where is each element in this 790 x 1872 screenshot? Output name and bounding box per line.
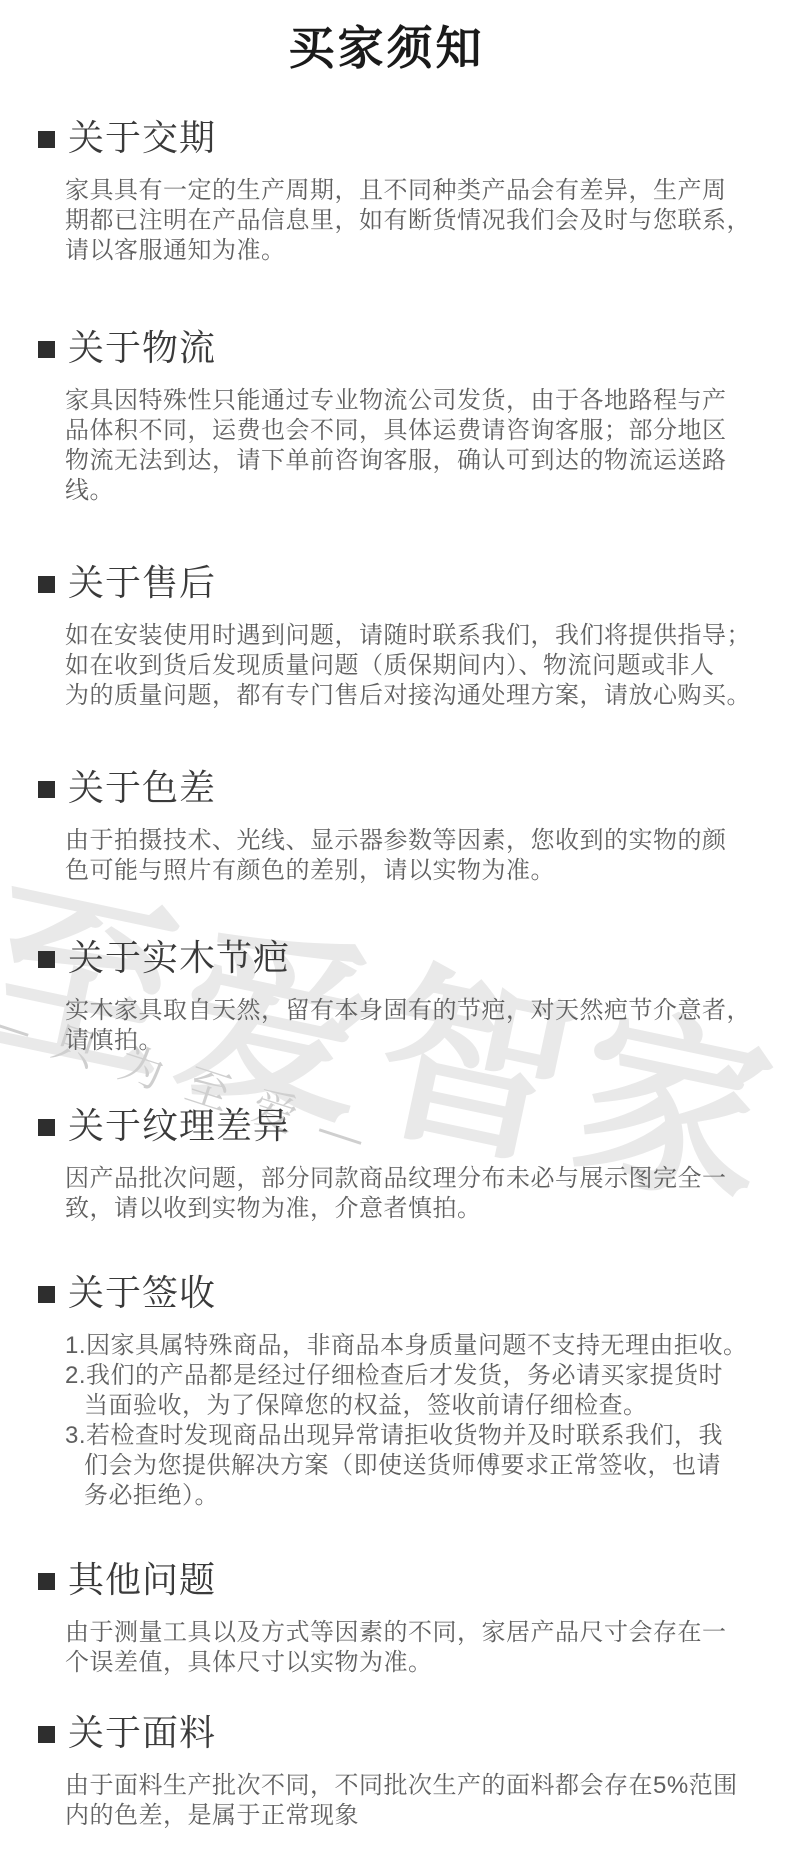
section-body: 家具具有一定的生产周期，且不同种类产品会有差异，生产周期都已注明在产品信息里，如… xyxy=(65,176,735,266)
section-paragraph: 家具具有一定的生产周期，且不同种类产品会有差异，生产周期都已注明在产品信息里，如… xyxy=(65,176,735,266)
section-heading-text: 其他问题 xyxy=(68,1558,216,1602)
square-bullet-icon xyxy=(38,1726,55,1743)
text-line: 期都已注明在产品信息里，如有断货情况我们会及时与您联系， xyxy=(65,206,735,236)
section-paragraph: 3.若检查时发现商品出现异常请拒收货物并及时联系我们，我们会为您提供解决方案（即… xyxy=(65,1421,735,1511)
section-body: 如在安装使用时遇到问题，请随时联系我们，我们将提供指导；如在收到货后发现质量问题… xyxy=(65,621,735,711)
section-paragraph: 由于测量工具以及方式等因素的不同，家居产品尺寸会存在一个误差值，具体尺寸以实物为… xyxy=(65,1618,735,1678)
section-body: 实木家具取自天然，留有本身固有的节疤，对天然疤节介意者，请慎拍。 xyxy=(65,996,735,1056)
text-line: 请以客服通知为准。 xyxy=(65,236,735,266)
section-body: 1.因家具属特殊商品，非商品本身质量问题不支持无理由拒收。2.我们的产品都是经过… xyxy=(65,1331,735,1511)
section-heading: 其他问题 xyxy=(38,1558,735,1602)
section-paragraph: 家具因特殊性只能通过专业物流公司发货，由于各地路程与产品体积不同，运费也会不同，… xyxy=(65,386,735,506)
section-heading-text: 关于售后 xyxy=(68,561,216,605)
text-line: 由于面料生产批次不同，不同批次生产的面料都会存在5%范围 xyxy=(65,1771,735,1801)
text-line: 由于拍摄技术、光线、显示器参数等因素，您收到的实物的颜 xyxy=(65,826,735,856)
square-bullet-icon xyxy=(38,341,55,358)
section-body: 由于拍摄技术、光线、显示器参数等因素，您收到的实物的颜色可能与照片有颜色的差别，… xyxy=(65,826,735,886)
section-heading-text: 关于面料 xyxy=(68,1711,216,1755)
text-line: 致，请以收到实物为准，介意者慎拍。 xyxy=(65,1194,735,1224)
section-body: 家具因特殊性只能通过专业物流公司发货，由于各地路程与产品体积不同，运费也会不同，… xyxy=(65,386,735,506)
notice-section: 关于面料 由于面料生产批次不同，不同批次生产的面料都会存在5%范围内的色差，是属… xyxy=(38,1711,735,1831)
buyer-notice-page: 至爱智家 —只为至爱— 买家须知 关于交期 家具具有一定的生产周期，且不同种类产… xyxy=(0,0,790,1872)
text-line: 务必拒绝）。 xyxy=(84,1481,735,1511)
notice-section: 关于物流 家具因特殊性只能通过专业物流公司发货，由于各地路程与产品体积不同，运费… xyxy=(38,326,735,506)
section-heading-text: 关于签收 xyxy=(68,1271,216,1315)
section-body: 由于面料生产批次不同，不同批次生产的面料都会存在5%范围内的色差，是属于正常现象 xyxy=(65,1771,735,1831)
text-line: 家具具有一定的生产周期，且不同种类产品会有差异，生产周 xyxy=(65,176,735,206)
section-heading: 关于实木节疤 xyxy=(38,936,735,980)
text-line: 因产品批次问题，部分同款商品纹理分布未必与展示图完全一 xyxy=(65,1164,735,1194)
section-body: 因产品批次问题，部分同款商品纹理分布未必与展示图完全一致，请以收到实物为准，介意… xyxy=(65,1164,735,1224)
section-heading: 关于物流 xyxy=(38,326,735,370)
notice-section: 关于色差 由于拍摄技术、光线、显示器参数等因素，您收到的实物的颜色可能与照片有颜… xyxy=(38,766,735,886)
square-bullet-icon xyxy=(38,1573,55,1590)
square-bullet-icon xyxy=(38,951,55,968)
notice-section: 关于纹理差异 因产品批次问题，部分同款商品纹理分布未必与展示图完全一致，请以收到… xyxy=(38,1104,735,1224)
text-line: 物流无法到达，请下单前咨询客服，确认可到达的物流运送路 xyxy=(65,446,735,476)
text-line: 实木家具取自天然，留有本身固有的节疤，对天然疤节介意者， xyxy=(65,996,735,1026)
section-heading-text: 关于色差 xyxy=(68,766,216,810)
section-heading: 关于面料 xyxy=(38,1711,735,1755)
text-line: 色可能与照片有颜色的差别，请以实物为准。 xyxy=(65,856,735,886)
section-heading-text: 关于交期 xyxy=(68,116,216,160)
section-heading: 关于纹理差异 xyxy=(38,1104,735,1148)
section-paragraph: 因产品批次问题，部分同款商品纹理分布未必与展示图完全一致，请以收到实物为准，介意… xyxy=(65,1164,735,1224)
section-body: 由于测量工具以及方式等因素的不同，家居产品尺寸会存在一个误差值，具体尺寸以实物为… xyxy=(65,1618,735,1678)
notice-section: 关于交期 家具具有一定的生产周期，且不同种类产品会有差异，生产周期都已注明在产品… xyxy=(38,116,735,266)
section-heading-text: 关于实木节疤 xyxy=(68,936,290,980)
text-line: 请慎拍。 xyxy=(65,1026,735,1056)
section-paragraph: 由于拍摄技术、光线、显示器参数等因素，您收到的实物的颜色可能与照片有颜色的差别，… xyxy=(65,826,735,886)
notice-section: 关于实木节疤 实木家具取自天然，留有本身固有的节疤，对天然疤节介意者，请慎拍。 xyxy=(38,936,735,1056)
text-line: 由于测量工具以及方式等因素的不同，家居产品尺寸会存在一 xyxy=(65,1618,735,1648)
notice-content: 买家须知 关于交期 家具具有一定的生产周期，且不同种类产品会有差异，生产周期都已… xyxy=(0,0,790,1831)
section-paragraph: 如在安装使用时遇到问题，请随时联系我们，我们将提供指导；如在收到货后发现质量问题… xyxy=(65,621,735,711)
text-line: 品体积不同，运费也会不同，具体运费请咨询客服；部分地区 xyxy=(65,416,735,446)
text-line: 3.若检查时发现商品出现异常请拒收货物并及时联系我们，我 xyxy=(65,1421,735,1451)
text-line: 线。 xyxy=(65,476,735,506)
text-line: 个误差值，具体尺寸以实物为准。 xyxy=(65,1648,735,1678)
section-paragraph: 2.我们的产品都是经过仔细检查后才发货，务必请买家提货时当面验收，为了保障您的权… xyxy=(65,1361,735,1421)
text-line: 们会为您提供解决方案（即使送货师傅要求正常签收，也请 xyxy=(84,1451,735,1481)
section-paragraph: 1.因家具属特殊商品，非商品本身质量问题不支持无理由拒收。 xyxy=(65,1331,735,1361)
section-heading: 关于签收 xyxy=(38,1271,735,1315)
text-line: 1.因家具属特殊商品，非商品本身质量问题不支持无理由拒收。 xyxy=(65,1331,735,1361)
notice-section: 关于售后 如在安装使用时遇到问题，请随时联系我们，我们将提供指导；如在收到货后发… xyxy=(38,561,735,711)
square-bullet-icon xyxy=(38,1286,55,1303)
page-title: 买家须知 xyxy=(38,0,735,76)
section-heading-text: 关于物流 xyxy=(68,326,216,370)
text-line: 如在安装使用时遇到问题，请随时联系我们，我们将提供指导； xyxy=(65,621,735,651)
text-line: 2.我们的产品都是经过仔细检查后才发货，务必请买家提货时 xyxy=(65,1361,735,1391)
text-line: 家具因特殊性只能通过专业物流公司发货，由于各地路程与产 xyxy=(65,386,735,416)
text-line: 当面验收，为了保障您的权益，签收前请仔细检查。 xyxy=(84,1391,735,1421)
section-heading-text: 关于纹理差异 xyxy=(68,1104,290,1148)
square-bullet-icon xyxy=(38,1119,55,1136)
text-line: 如在收到货后发现质量问题（质保期间内）、物流问题或非人 xyxy=(65,651,735,681)
section-heading: 关于色差 xyxy=(38,766,735,810)
section-heading: 关于交期 xyxy=(38,116,735,160)
section-paragraph: 实木家具取自天然，留有本身固有的节疤，对天然疤节介意者，请慎拍。 xyxy=(65,996,735,1056)
notice-section: 关于签收 1.因家具属特殊商品，非商品本身质量问题不支持无理由拒收。2.我们的产… xyxy=(38,1271,735,1511)
square-bullet-icon xyxy=(38,781,55,798)
square-bullet-icon xyxy=(38,131,55,148)
text-line: 为的质量问题，都有专门售后对接沟通处理方案，请放心购买。 xyxy=(65,681,735,711)
section-heading: 关于售后 xyxy=(38,561,735,605)
notice-section: 其他问题 由于测量工具以及方式等因素的不同，家居产品尺寸会存在一个误差值，具体尺… xyxy=(38,1558,735,1678)
section-paragraph: 由于面料生产批次不同，不同批次生产的面料都会存在5%范围内的色差，是属于正常现象 xyxy=(65,1771,735,1831)
text-line: 内的色差，是属于正常现象 xyxy=(65,1801,735,1831)
square-bullet-icon xyxy=(38,576,55,593)
